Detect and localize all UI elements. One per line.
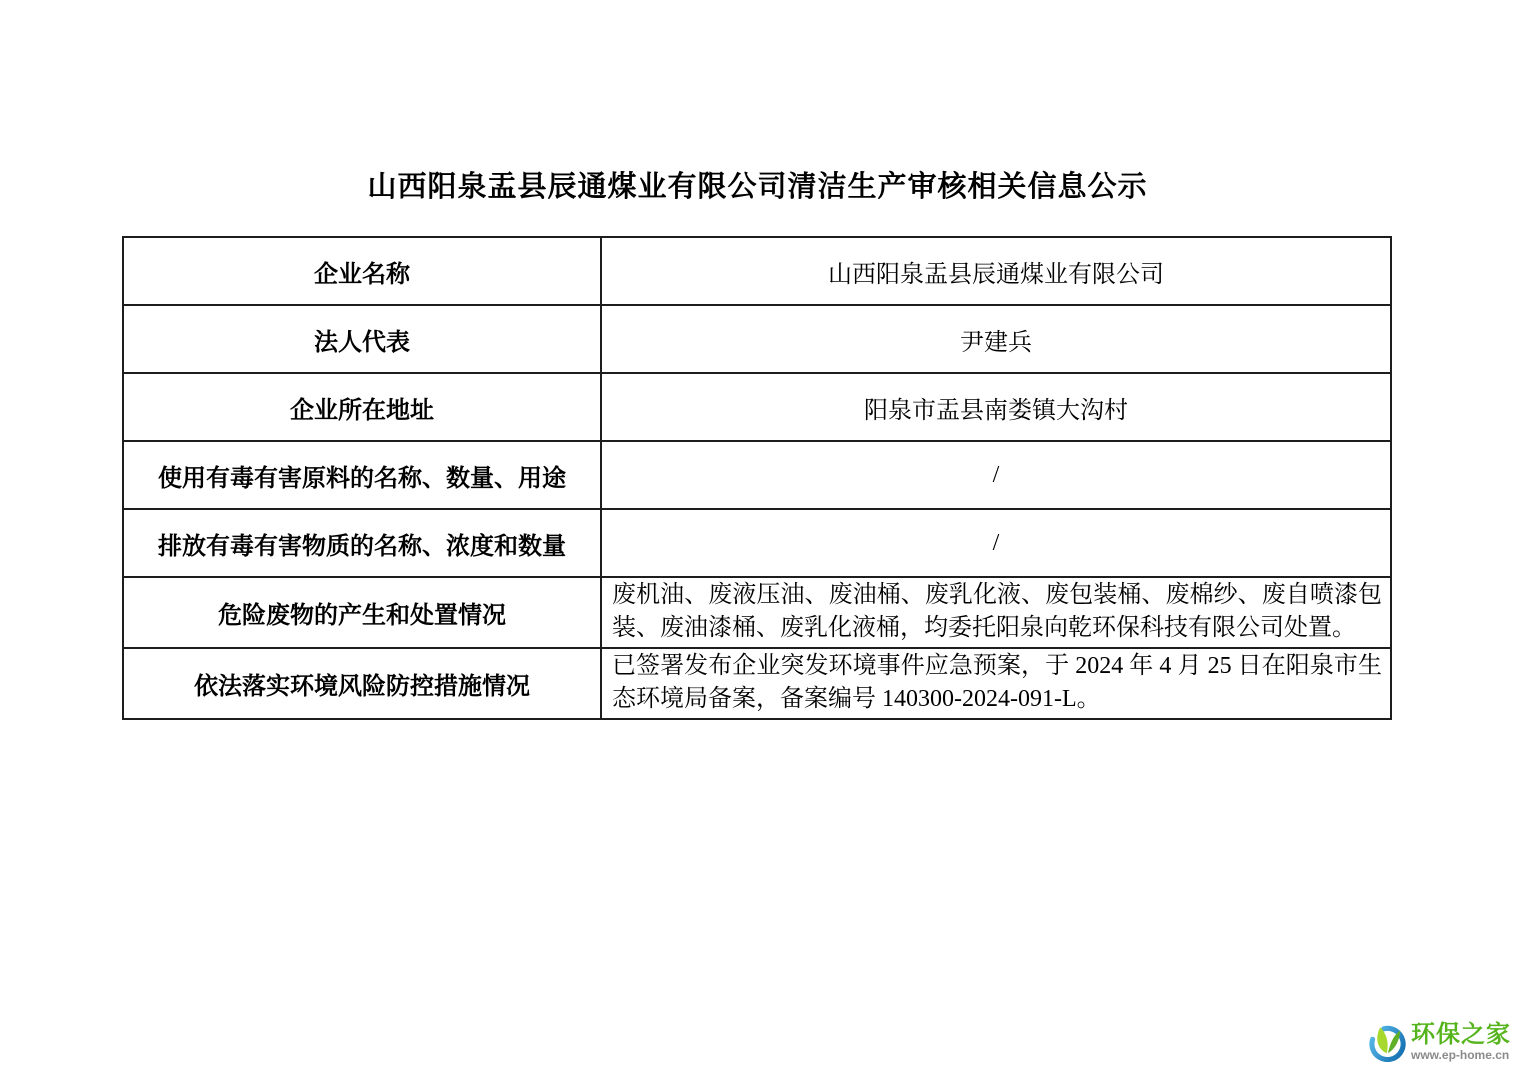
table-row-company-name: 企业名称 山西阳泉盂县辰通煤业有限公司 [123, 237, 1391, 305]
logo-site-name: 环保之家 [1411, 1023, 1511, 1047]
table-row-risk-prevention: 依法落实环境风险防控措施情况 已签署发布企业突发环境事件应急预案，于 2024 … [123, 648, 1391, 719]
row-label: 企业所在地址 [123, 373, 601, 441]
page-title: 山西阳泉盂县辰通煤业有限公司清洁生产审核相关信息公示 [0, 164, 1515, 205]
row-value: / [601, 441, 1391, 509]
logo-site-url: www.ep-home.cn [1411, 1049, 1511, 1061]
table-row-toxic-emissions: 排放有毒有害物质的名称、浓度和数量 / [123, 509, 1391, 577]
row-value: 已签署发布企业突发环境事件应急预案，于 2024 年 4 月 25 日在阳泉市生… [601, 648, 1391, 719]
row-label: 企业名称 [123, 237, 601, 305]
table-row-legal-representative: 法人代表 尹建兵 [123, 305, 1391, 373]
ep-home-leaf-circle-icon [1367, 1021, 1408, 1062]
table-row-toxic-raw-materials: 使用有毒有害原料的名称、数量、用途 / [123, 441, 1391, 509]
row-value: / [601, 509, 1391, 577]
row-value: 废机油、废液压油、废油桶、废乳化液、废包装桶、废棉纱、废自喷漆包装、废油漆桶、废… [601, 577, 1391, 648]
table-row-hazardous-waste: 危险废物的产生和处置情况 废机油、废液压油、废油桶、废乳化液、废包装桶、废棉纱、… [123, 577, 1391, 648]
company-info-table-body: 企业名称 山西阳泉盂县辰通煤业有限公司 法人代表 尹建兵 企业所在地址 阳泉市盂… [123, 237, 1391, 719]
row-value: 阳泉市盂县南娄镇大沟村 [601, 373, 1391, 441]
ep-home-watermark-logo: 环保之家 www.ep-home.cn [1367, 1021, 1511, 1062]
row-label: 危险废物的产生和处置情况 [123, 577, 601, 648]
table-row-company-address: 企业所在地址 阳泉市盂县南娄镇大沟村 [123, 373, 1391, 441]
row-label: 排放有毒有害物质的名称、浓度和数量 [123, 509, 601, 577]
row-label: 依法落实环境风险防控措施情况 [123, 648, 601, 719]
row-label: 法人代表 [123, 305, 601, 373]
logo-text-block: 环保之家 www.ep-home.cn [1411, 1023, 1511, 1061]
company-info-table: 企业名称 山西阳泉盂县辰通煤业有限公司 法人代表 尹建兵 企业所在地址 阳泉市盂… [122, 236, 1392, 720]
row-value: 山西阳泉盂县辰通煤业有限公司 [601, 237, 1391, 305]
row-value: 尹建兵 [601, 305, 1391, 373]
row-label: 使用有毒有害原料的名称、数量、用途 [123, 441, 601, 509]
